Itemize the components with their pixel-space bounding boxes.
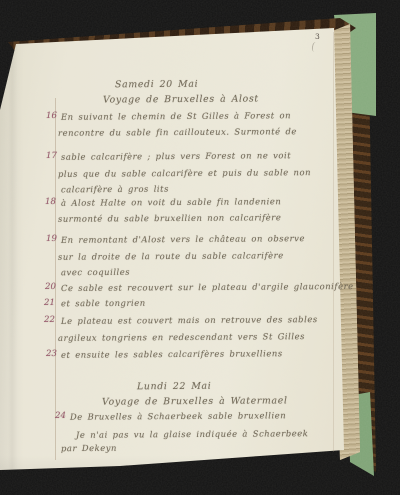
entry-number: 21: [44, 298, 55, 309]
entry-line: et ensuite les sables calcarifères bruxe…: [61, 348, 283, 361]
entry-line: sable calcarifère ; plus vers Forest on …: [61, 150, 291, 163]
entry-number: 24: [55, 411, 66, 422]
margin-rule-right: [333, 32, 334, 452]
trip-heading: Voyage de Bruxelles à Alost: [103, 93, 259, 105]
entry-number: 18: [45, 197, 56, 208]
date-heading: Lundi 22 Mai: [137, 381, 212, 393]
entry-line: sur la droite de la route du sable calca…: [58, 250, 284, 263]
entry-line: surmonté du sable bruxellien non calcari…: [58, 212, 281, 225]
entry-line: calcarifère à gros lits: [61, 184, 169, 196]
entry-number: 23: [46, 349, 57, 360]
entry-line: à Alost Halte on voit du sable fin lande…: [61, 196, 281, 209]
entry-line: plus que du sable calcarifère et puis du…: [58, 167, 311, 180]
entry-line: En remontant d'Alost vers le château on …: [61, 233, 305, 246]
entry-line: avec coquilles: [61, 267, 130, 278]
entry-number: 20: [45, 282, 56, 293]
entry-line: argileux tongriens en redescendant vers …: [58, 331, 305, 344]
entry-line: Je n'ai pas vu la glaise indiquée à Scha…: [76, 428, 308, 441]
page-number: 3: [315, 32, 320, 41]
entry-number: 17: [46, 151, 57, 162]
entry-number: 22: [44, 315, 55, 326]
entry-line: par Dekeyn: [61, 443, 117, 454]
entry-line: En suivant le chemin de St Gilles à Fore…: [61, 110, 291, 123]
date-heading: Samedi 20 Mai: [115, 79, 198, 91]
entry-line: Ce sable est recouvert sur le plateau d'…: [61, 281, 354, 294]
entry-number: 16: [46, 111, 57, 122]
entry-line: Le plateau est couvert mais on retrouve …: [61, 314, 318, 327]
entry-line: De Bruxelles à Schaerbeek sable bruxelli…: [70, 410, 286, 423]
entry-line: rencontre du sable fin caillouteux. Surm…: [58, 126, 297, 139]
entry-number: 19: [46, 234, 57, 245]
trip-heading: Voyage de Bruxelles à Watermael: [102, 395, 288, 407]
entry-line: et sable tongrien: [61, 298, 146, 310]
photo-of-notebook: 3 Samedi 20 Mai Voyage de Bruxelles à Al…: [0, 0, 400, 495]
